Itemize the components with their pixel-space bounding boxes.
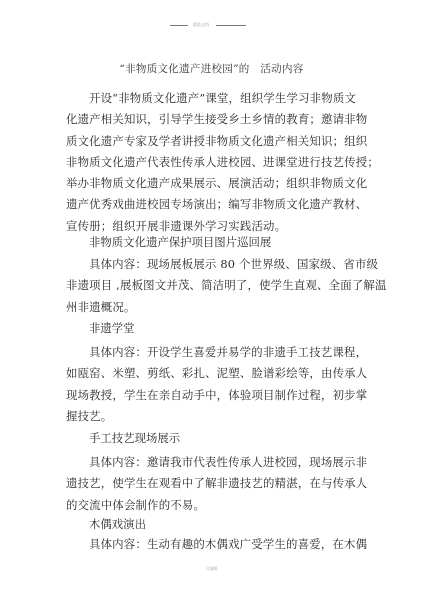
text-line: 具体内容：现场展板展示 80 个世界级、国家级、省市级 [66,254,360,275]
text-line: 开设“非物质文化遗产”课堂，组织学生学习非物质文 [66,88,360,109]
section-heading: 木偶戏演出 [89,516,146,532]
text-line: 具体内容：开设学生喜爱并易学的非遗手工技艺课程， [66,342,360,363]
section-paragraph: 具体内容：邀请我市代表性传承人进校园，现场展示非 遗技艺，使学生在观看中了解非遗… [66,452,360,516]
text-line: 遗技艺，使学生在观看中了解非遗技艺的精湛，在与传承人 [66,473,360,494]
text-line: 具体内容：邀请我市代表性传承人进校园，现场展示非 [66,452,360,473]
text-line: 现场教授，学生在亲自动手中，体验项目制作过程，初步掌 [66,385,360,406]
text-line: 化遗产相关知识，引导学生接受乡土乡情的教育；邀请非物 [66,109,360,130]
page-footer: 可编辑 [0,566,423,572]
text-line: 非遗项目 ,展板图文并茂、简洁明了，使学生直观、全面了解温 [66,275,360,296]
section-heading: 手工技艺现场展示 [89,430,180,446]
header-rule-left [170,25,188,26]
section-heading: 非物质文化遗产保护项目图片巡回展 [89,234,271,250]
text-line: 举办非物质文化遗产成果展示、展演活动；组织非物质文化 [66,173,360,194]
text-line: 如瓯窑、米塑、剪纸、彩扎、泥塑、脸谱彩绘等，由传承人 [66,363,360,384]
text-line: 州非遗概况。 [66,297,360,318]
section-paragraph: 具体内容：现场展板展示 80 个世界级、国家级、省市级 非遗项目 ,展板图文并茂… [66,254,360,318]
text-line: 遗产优秀戏曲进校园专场演出；编写非物质文化遗产教材、 [66,194,360,215]
page-header: 精品文档 [0,21,423,31]
section-paragraph: 具体内容：开设学生喜爱并易学的非遗手工技艺课程， 如瓯窑、米塑、剪纸、彩扎、泥塑… [66,342,360,427]
text-line: 握技艺。 [66,406,360,427]
header-text: 精品文档 [193,21,209,29]
text-line: 质文化遗产专家及学者讲授非物质文化遗产相关知识；组织 [66,131,360,152]
text-line: 非物质文化遗产代表性传承人进校园、进课堂进行技艺传授； [66,152,360,173]
section-paragraph: 具体内容：生动有趣的木偶戏广受学生的喜爱，在木偶 [89,534,383,555]
section-heading: 非遗学堂 [89,320,135,336]
header-rule-right [216,25,246,26]
intro-paragraph: 开设“非物质文化遗产”课堂，组织学生学习非物质文 化遗产相关知识，引导学生接受乡… [66,88,360,237]
text-line: 的交流中体会制作的不易。 [66,495,360,516]
text-line: 具体内容：生动有趣的木偶戏广受学生的喜爱，在木偶 [89,534,383,555]
document-title: “非物质文化遗产进校园”的 活动内容 [0,61,423,76]
